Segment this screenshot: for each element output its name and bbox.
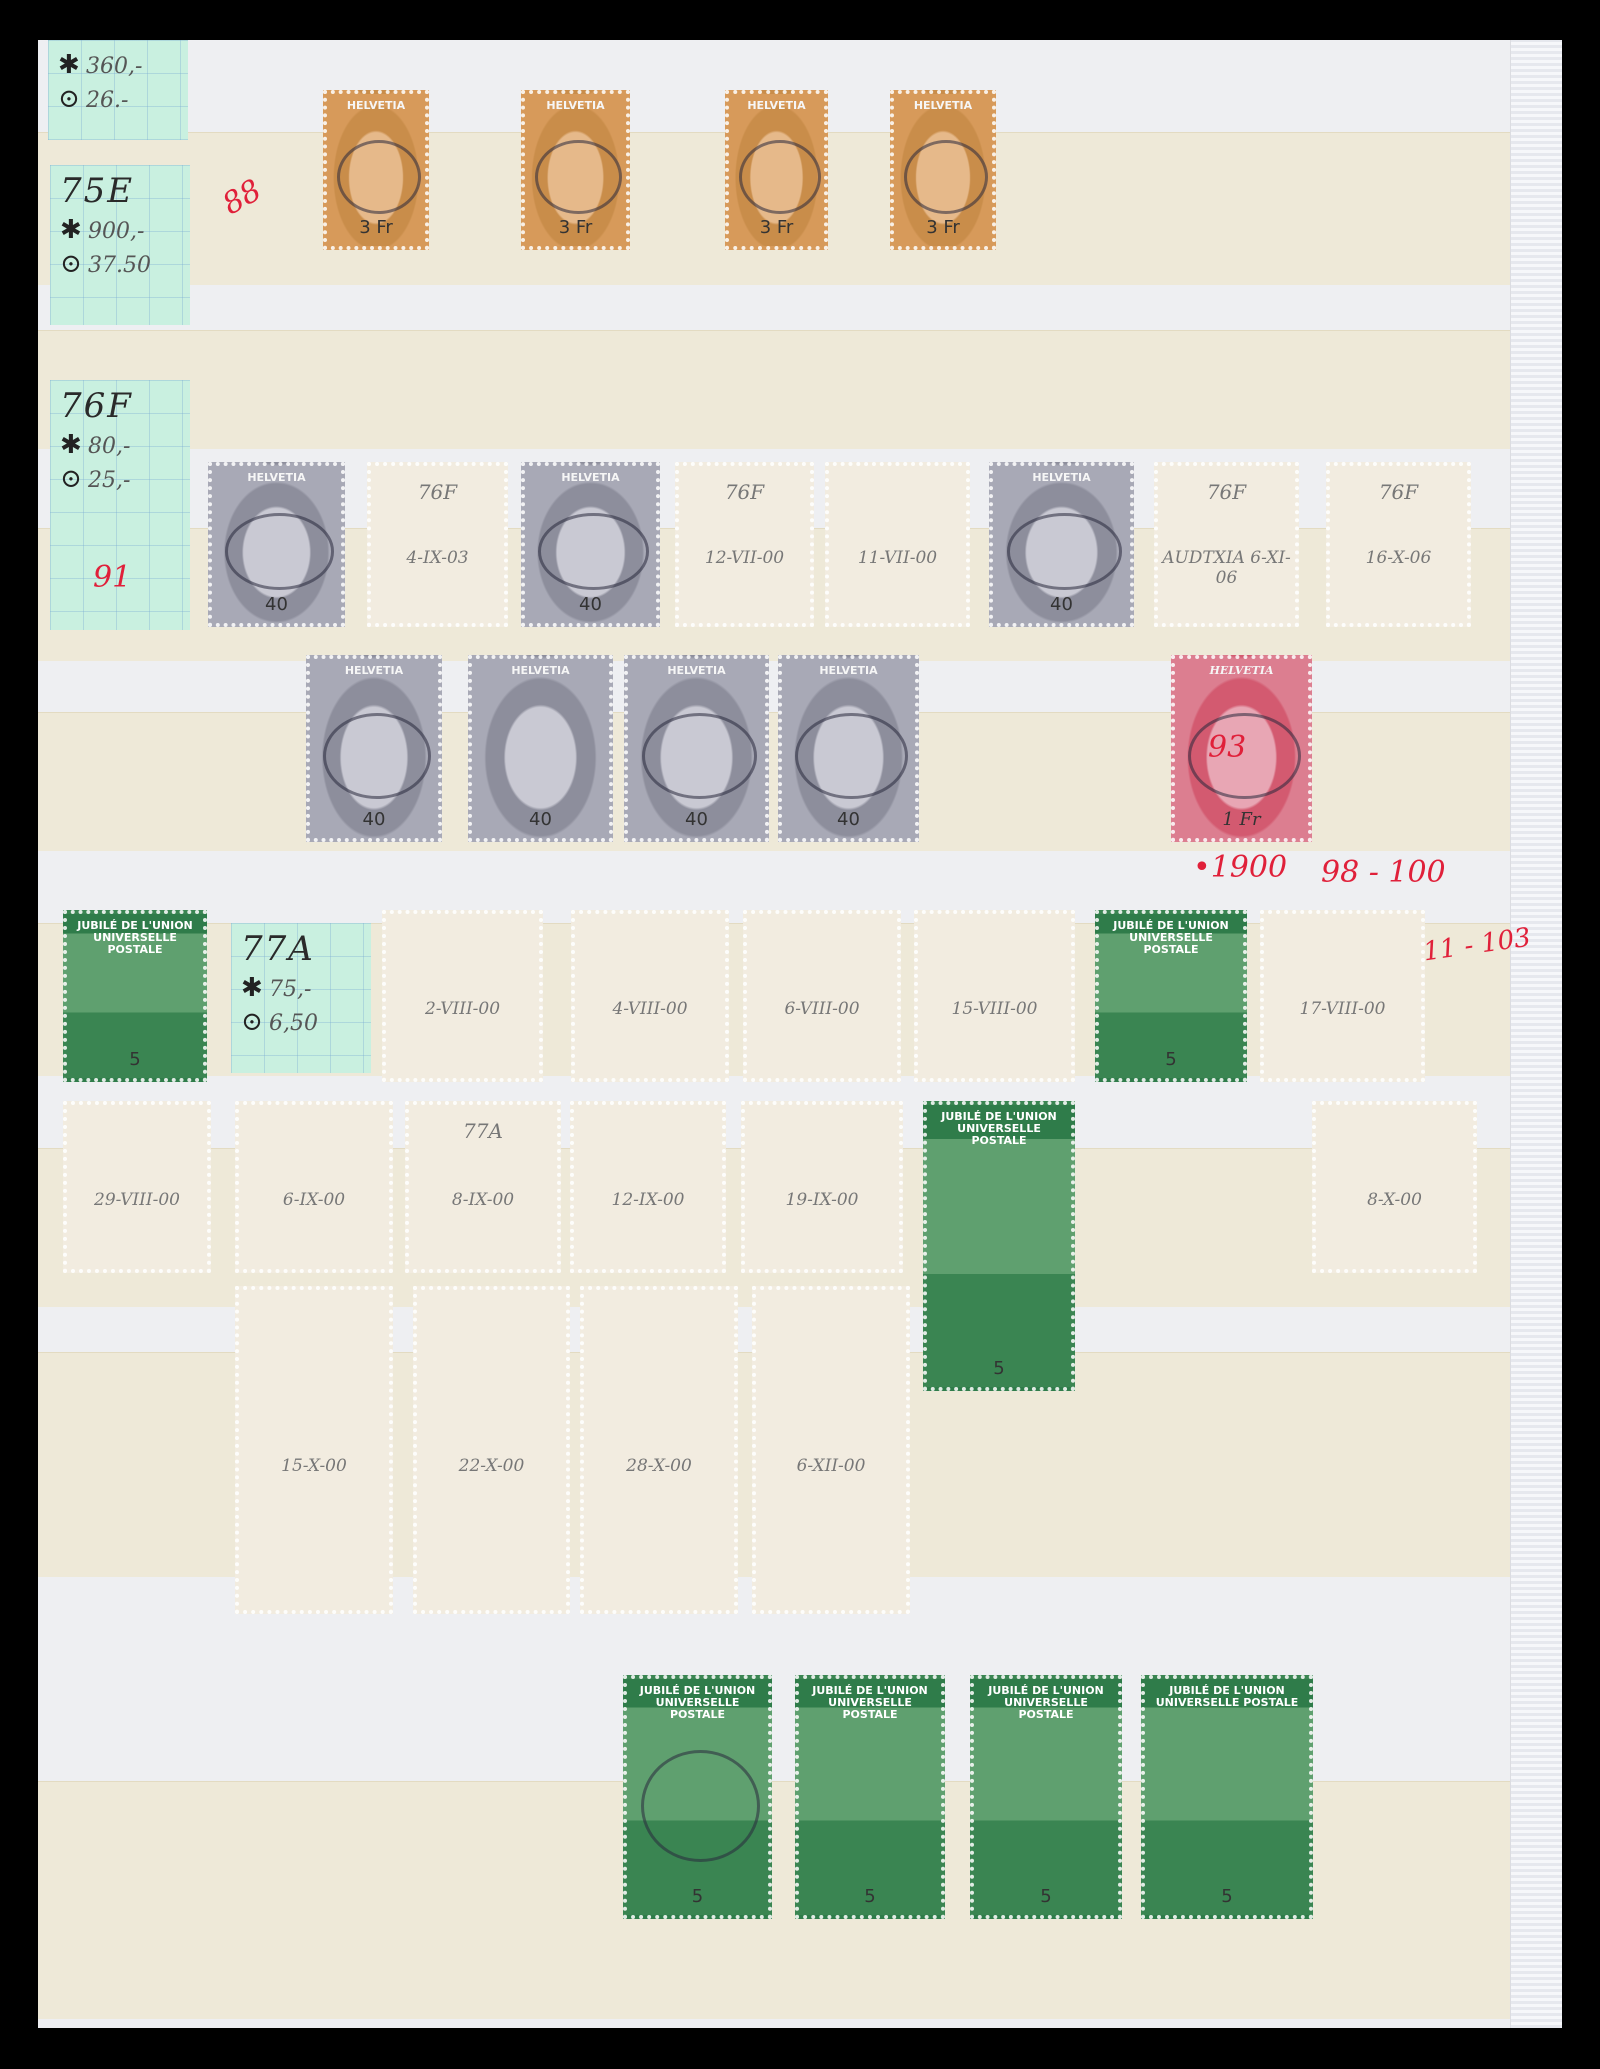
stamp: JUBILÉ DE L'UNION UNIVERSELLE POSTALE5 [1095,910,1247,1082]
stamp: 11-VII-00 [825,462,970,627]
stamp: HELVETIA3 Fr [890,90,996,250]
stamp-value: 3 Fr [729,217,824,238]
stamp-back-date: 19-IX-00 [745,1190,899,1210]
stamp-back-date: 8-X-00 [1316,1190,1473,1210]
stamp: HELVETIA40 [521,462,660,627]
stamp: 8-X-00 [1312,1101,1477,1273]
stamp: HELVETIA40 [989,462,1134,627]
stamp: 28-X-00 [580,1286,738,1614]
stamp: 76F16-X-06 [1326,462,1471,627]
stamp-value: 40 [472,809,609,830]
stamp-back-date: 28-X-00 [584,1456,734,1476]
postmark-icon [535,140,622,214]
price-note: ✱360,- ⊙26.- [48,40,188,140]
stamp: 17-VIII-00 [1260,910,1425,1082]
stamp: 15-VIII-00 [914,910,1075,1082]
stamp-value: 5 [799,1886,941,1907]
postmark-icon [225,513,334,590]
stamp: HELVETIA3 Fr [725,90,828,250]
stamp-value: 40 [993,594,1130,615]
postmark-icon [739,140,821,214]
stamp: HELVETIA3 Fr [323,90,429,250]
stamp-inscription: JUBILÉ DE L'UNION UNIVERSELLE POSTALE [803,1685,937,1721]
red-annotation: 91 [93,560,131,595]
postmark-icon [1007,513,1123,590]
stamp: HELVETIA3 Fr [521,90,630,250]
stamp: 6-VIII-00 [743,910,901,1082]
stamp-value: 5 [974,1886,1118,1907]
stamp: 12-IX-00 [570,1101,726,1273]
stamp: 19-IX-00 [741,1101,903,1273]
stockbook-page: ✱360,- ⊙26.- 75E ✱900,- ⊙37.50 76F ✱80,-… [38,40,1562,2028]
stamp-back-date: 4-IX-03 [371,548,504,568]
stamp-back-date: 6-VIII-00 [747,999,897,1019]
stamp: HELVETIA40 [778,655,919,842]
stamp-inscription: HELVETIA [733,100,820,112]
stamp-back-date: 4-VIII-00 [575,999,725,1019]
red-annotation: 98 - 100 [1321,855,1446,890]
stamp-value: 5 [927,1358,1071,1379]
stamp: JUBILÉ DE L'UNION UNIVERSELLE POSTALE5 [623,1675,772,1919]
stamp-inscription: JUBILÉ DE L'UNION UNIVERSELLE POSTALE [631,1685,764,1721]
stamp: 76FAUDTXIA 6-XI-06 [1154,462,1299,627]
stamp-inscription: HELVETIA [529,472,652,484]
stamp-inscription: HELVETIA [331,100,421,112]
stamp-back-header: 77A [409,1119,557,1143]
stamp-inscription: JUBILÉ DE L'UNION UNIVERSELLE POSTALE [978,1685,1114,1721]
stamp-value: 3 Fr [327,217,425,238]
stamp-back-header: 76F [1330,480,1467,504]
stamp: HELVETIA40 [468,655,613,842]
stamp-value: 3 Fr [525,217,626,238]
binding-edge [1510,40,1562,2028]
stamp-back-date: 6-IX-00 [239,1190,389,1210]
stamp-value: 1 Fr [1175,809,1308,830]
stamp-back-date: AUDTXIA 6-XI-06 [1158,548,1295,588]
red-annotation: •1900 [1193,850,1287,885]
strip [38,330,1510,449]
stamp-value: 5 [1145,1886,1309,1907]
stamp: 76F4-IX-03 [367,462,508,627]
stamp-value: 5 [1099,1049,1243,1070]
postmark-icon [904,140,988,214]
stamp: HELVETIA40 [208,462,345,627]
stamp-inscription: HELVETIA [997,472,1126,484]
stamp-back-header: 76F [1158,480,1295,504]
stamp-inscription: HELVETIA [632,665,761,677]
price-note-75E: 75E ✱900,- ⊙37.50 [50,165,190,325]
stamp-back-date: 15-VIII-00 [918,999,1071,1019]
stamp: 15-X-00 [235,1286,393,1614]
stamp-inscription: JUBILÉ DE L'UNION UNIVERSELLE POSTALE [931,1111,1067,1147]
stamp-value: 40 [628,809,765,830]
stamp: 2-VIII-00 [382,910,543,1082]
stamp: 6-XII-00 [752,1286,910,1614]
stamp-inscription: HELVETIA [1179,665,1304,677]
stamp-value: 5 [67,1049,203,1070]
stamp-back-header: 76F [371,480,504,504]
postmark-icon [642,713,758,800]
stamp: 22-X-00 [413,1286,570,1614]
stamp: JUBILÉ DE L'UNION UNIVERSELLE POSTALE5 [970,1675,1122,1919]
red-annotation: 93 [1208,730,1246,765]
stamp: HELVETIA40 [306,655,442,842]
stamp-back-date: 17-VIII-00 [1264,999,1421,1019]
stamp-inscription: HELVETIA [314,665,434,677]
stamp-back-date: 11-VII-00 [829,548,966,568]
stamp: 77A8-IX-00 [405,1101,561,1273]
stamp-inscription: HELVETIA [216,472,337,484]
stamp-value: 40 [525,594,656,615]
postmark-icon [795,713,907,800]
stamp-back-date: 8-IX-00 [409,1190,557,1210]
stamp: HELVETIA40 [624,655,769,842]
stamp: 6-IX-00 [235,1101,393,1273]
stamp-back-date: 29-VIII-00 [67,1190,207,1210]
postmark-icon [538,513,649,590]
stamp-inscription: HELVETIA [898,100,988,112]
stamp: JUBILÉ DE L'UNION UNIVERSELLE POSTALE5 [795,1675,945,1919]
stamp-inscription: HELVETIA [529,100,622,112]
postmark-icon [337,140,421,214]
stamp-back-date: 6-XII-00 [756,1456,906,1476]
stamp: 4-VIII-00 [571,910,729,1082]
stamp-inscription: HELVETIA [786,665,911,677]
stamp-inscription: JUBILÉ DE L'UNION UNIVERSELLE POSTALE [71,920,199,956]
stamp-value: 3 Fr [894,217,992,238]
stamp-back-date: 15-X-00 [239,1456,389,1476]
stamp-inscription: JUBILÉ DE L'UNION UNIVERSELLE POSTALE [1149,1685,1305,1709]
stamp-value: 40 [310,809,438,830]
stamp: JUBILÉ DE L'UNION UNIVERSELLE POSTALE5 [1141,1675,1313,1919]
stamp-back-date: 2-VIII-00 [386,999,539,1019]
stamp-back-date: 16-X-06 [1330,548,1467,568]
stamp-back-header: 76F [679,480,810,504]
stamp-inscription: HELVETIA [476,665,605,677]
stamp-inscription: JUBILÉ DE L'UNION UNIVERSELLE POSTALE [1103,920,1239,956]
stamp-back-date: 12-IX-00 [574,1190,722,1210]
stamp-back-date: 22-X-00 [417,1456,566,1476]
postmark-icon [323,713,431,800]
stamp: 29-VIII-00 [63,1101,211,1273]
postmark-icon [641,1750,760,1862]
stamp-value: 5 [627,1886,768,1907]
price-note-77A: 77A ✱75,- ⊙6,50 [231,923,371,1073]
stamp: JUBILÉ DE L'UNION UNIVERSELLE POSTALE5 [63,910,207,1082]
stamp: 76F12-VII-00 [675,462,814,627]
stamp-back-date: 12-VII-00 [679,548,810,568]
stamp-value: 40 [212,594,341,615]
stamp-value: 40 [782,809,915,830]
stamp: JUBILÉ DE L'UNION UNIVERSELLE POSTALE5 [923,1101,1075,1391]
